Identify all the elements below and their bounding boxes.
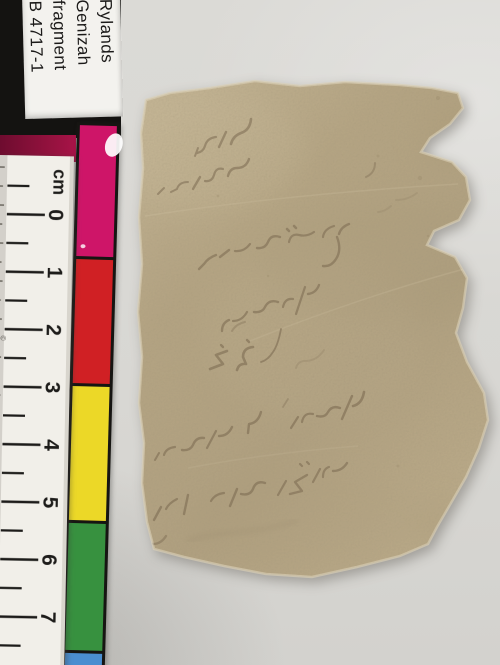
fragment-graphic [128, 36, 500, 640]
label-line-series: Genizah [70, 0, 97, 118]
ruler-unit-label: cm [49, 169, 69, 195]
color-patch-blue [65, 653, 102, 665]
shelfmark-label: Rylands Genizah fragment B 4717-1 [22, 0, 123, 119]
photo-stage: Rylands Genizah fragment B 4717-1 © cm [0, 0, 500, 665]
ruler-number-5: 5 [38, 496, 61, 508]
shelfmark-text: Rylands Genizah fragment B 4717-1 [22, 0, 123, 119]
color-patch-red [73, 259, 113, 384]
fragment-frayed-edge [138, 81, 488, 577]
label-line-type: fragment [47, 0, 74, 118]
ruler-number-6: 6 [37, 554, 60, 566]
ruler-number-2: 2 [42, 324, 65, 336]
label-line-shelfmark: B 4717-1 [23, 0, 50, 119]
color-patch-green [65, 523, 106, 651]
ruler: © cm 0 1 2 3 4 5 6 7 [0, 155, 74, 665]
manuscript-fragment [128, 36, 500, 640]
ruler-number-1: 1 [43, 266, 66, 278]
ruler-number-7: 7 [36, 611, 59, 623]
ruler-number-4: 4 [39, 439, 62, 451]
color-patch-yellow [69, 386, 110, 521]
ruler-graphic: © cm 0 1 2 3 4 5 6 7 [0, 155, 74, 665]
white-speck [80, 244, 85, 248]
ruler-number-0: 0 [44, 209, 67, 221]
ruler-number-3: 3 [40, 381, 63, 393]
label-line-collection: Rylands [94, 0, 121, 117]
